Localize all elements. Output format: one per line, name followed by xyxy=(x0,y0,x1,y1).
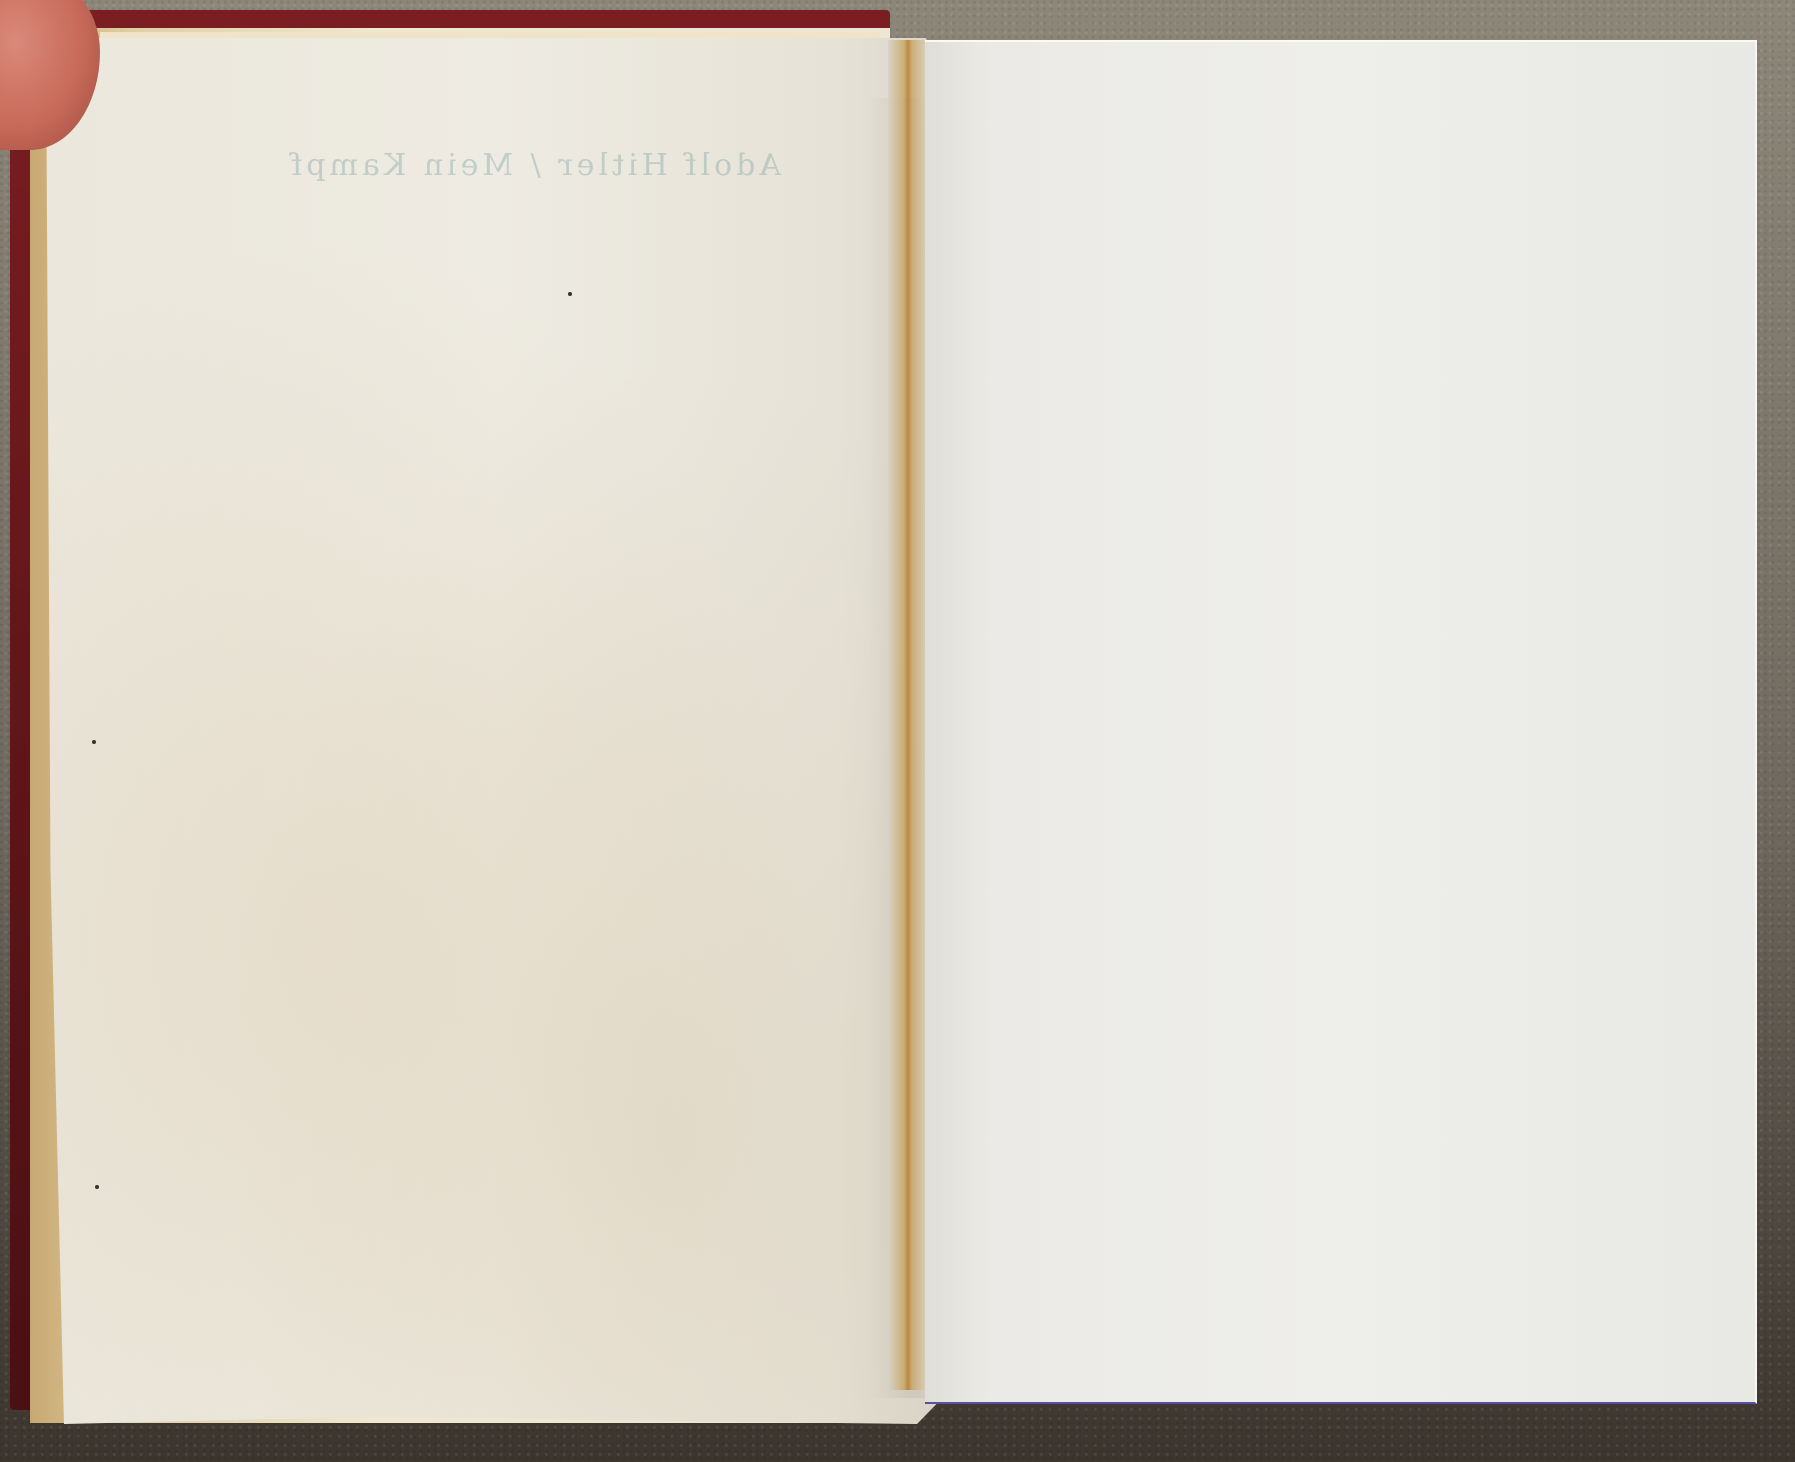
book-gutter-spine xyxy=(888,40,928,1390)
show-through-title: Adolf Hitler / Mein Kampf xyxy=(261,148,781,183)
left-flyleaf-page: Adolf Hitler / Mein Kampf xyxy=(46,38,944,1424)
right-blank-page xyxy=(925,40,1757,1404)
book-photo: Adolf Hitler / Mein Kampf xyxy=(0,0,1795,1462)
